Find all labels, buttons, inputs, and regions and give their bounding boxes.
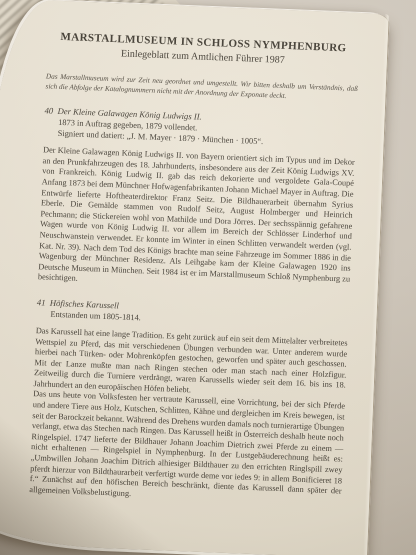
catalog-entry-40: 40 Der Kleine Galawagen König Ludwigs II… [38,106,357,296]
reorganization-notice: Das Marstallmuseum wird zur Zeit neu geo… [45,72,358,104]
entry-40-number: 40 [44,106,57,118]
entry-40-paragraph: Der Kleine Galawagen König Ludwigs II. v… [38,145,355,295]
catalog-entry-41: 41 Höfisches Karussell Entstanden um 180… [29,297,349,508]
entry-41-number: 41 [37,297,50,309]
entry-41-paragraph: Das uns heute von Volksfesten her vertra… [29,390,345,508]
catalog-page: MARSTALLMUSEUM IN SCHLOSS NYMPHENBURG Ei… [0,0,390,555]
book-photo: MARSTALLMUSEUM IN SCHLOSS NYMPHENBURG Ei… [0,0,416,555]
page-content: MARSTALLMUSEUM IN SCHLOSS NYMPHENBURG Ei… [0,0,389,509]
